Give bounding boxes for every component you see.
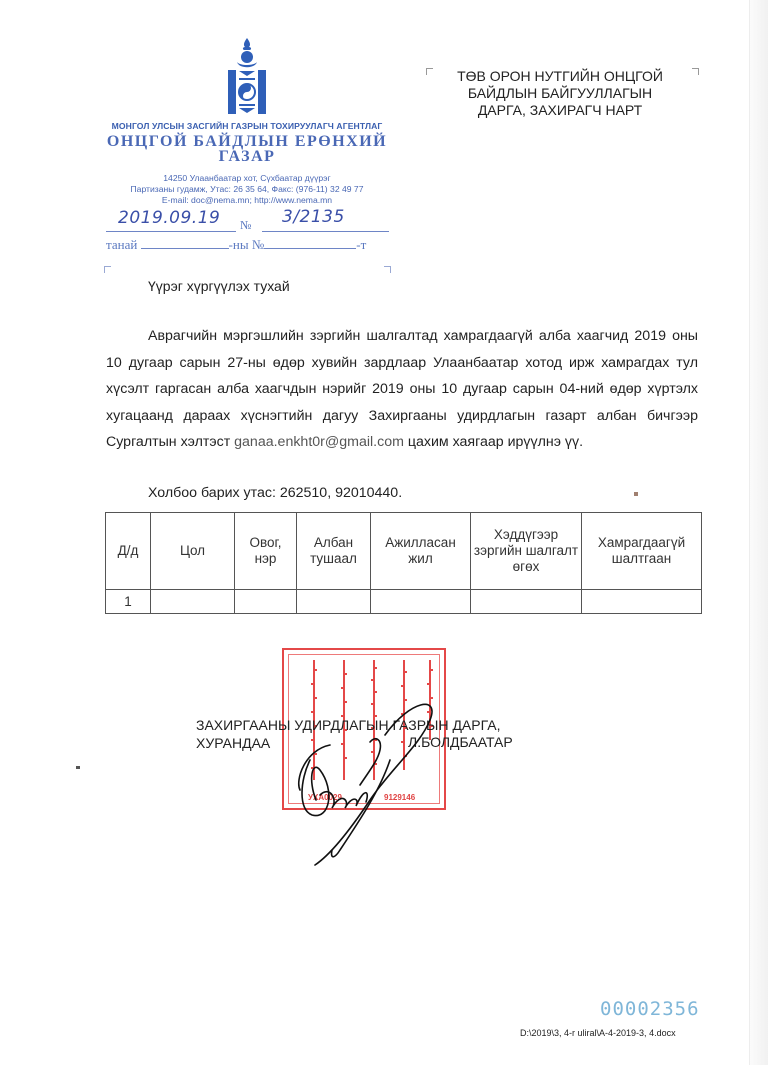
corner-mark xyxy=(384,266,391,273)
page-edge xyxy=(749,0,768,1065)
col-header: Хэддүгээр зэргийн шалгалт өгөх xyxy=(471,513,582,590)
letter-subject: Үүрэг хүргүүлэх тухай xyxy=(148,278,290,294)
corner-mark xyxy=(692,68,699,75)
paragraph-text: Аврагчийн мэргэшлийн зэргийн шалгалтад х… xyxy=(106,328,698,450)
col-header: Ажилласан жил xyxy=(371,513,471,590)
ref-number-blank xyxy=(264,248,356,249)
paragraph-text-end: цахим хаягаар ирүүлнэ үү. xyxy=(408,434,583,450)
table-cell xyxy=(151,590,235,614)
date-underline xyxy=(106,231,236,232)
request-table: Д/д Цол Овог, нэр Албан тушаал Ажилласан… xyxy=(105,512,702,614)
registration-number: 00002356 xyxy=(600,998,700,1020)
body-paragraph: Аврагчийн мэргэшлийн зэргийн шалгалтад х… xyxy=(106,323,698,456)
scan-speck xyxy=(634,492,638,496)
table-cell xyxy=(371,590,471,614)
contact-phones: Холбоо барих утас: 262510, 92010440. xyxy=(148,485,402,501)
org-address: 14250 Улаанбаатар хот, Сүхбаатар дүүрэг … xyxy=(106,173,388,206)
table-cell xyxy=(471,590,582,614)
table-cell: 1 xyxy=(106,590,151,614)
corner-mark xyxy=(426,68,433,75)
corner-mark xyxy=(104,266,111,273)
organization-name: ОНЦГОЙ БАЙДЛЫН ЕРӨНХИЙ ГАЗАР xyxy=(106,134,388,164)
address-line-2: Партизаны гудамж, Утас: 26 35 64, Факс: … xyxy=(106,184,388,195)
addressee-line-3: ДАРГА, ЗАХИРАГЧ НАРТ xyxy=(445,102,675,119)
table-cell xyxy=(297,590,371,614)
addressee: ТӨВ ОРОН НУТГИЙН ОНЦГОЙ БАЙДЛЫН БАЙГУУЛЛ… xyxy=(445,68,675,119)
col-header: Цол xyxy=(151,513,235,590)
table-header-row: Д/д Цол Овог, нэр Албан тушаал Ажилласан… xyxy=(106,513,702,590)
table-cell xyxy=(235,590,297,614)
table-cell xyxy=(582,590,702,614)
address-line-3: E-mail: doc@nema.mn; http://www.nema.mn xyxy=(106,195,388,206)
ref-suffix: -т xyxy=(356,237,366,252)
org-line-1: ОНЦГОЙ БАЙДЛЫН ЕРӨНХИЙ xyxy=(106,134,388,149)
addressee-line-2: БАЙДЛЫН БАЙГУУЛЛАГЫН xyxy=(445,85,675,102)
letter-date: 2019.09.19 xyxy=(118,208,220,228)
address-line-1: 14250 Улаанбаатар хот, Сүхбаатар дүүрэг xyxy=(106,173,388,184)
col-header: Албан тушаал xyxy=(297,513,371,590)
number-underline xyxy=(262,231,389,232)
addressee-line-1: ТӨВ ОРОН НУТГИЙН ОНЦГОЙ xyxy=(445,68,675,85)
reference-line: танай -ны №-т xyxy=(106,237,366,253)
letter-number: 3/2135 xyxy=(282,207,345,227)
col-header: Хамрагдаагүй шалтгаан xyxy=(582,513,702,590)
ref-date-blank xyxy=(141,248,229,249)
file-path: D:\2019\3, 4-r uliral\A-4-2019-3, 4.docx xyxy=(520,1028,676,1038)
email-address[interactable]: ganaa.enkht0r@gmail.com xyxy=(234,434,404,450)
table-row: 1 xyxy=(106,590,702,614)
handwritten-signature xyxy=(290,690,450,880)
col-header: Овог, нэр xyxy=(235,513,297,590)
agency-name: МОНГОЛ УЛСЫН ЗАСГИЙН ГАЗРЫН ТОХИРУУЛАГЧ … xyxy=(106,121,388,131)
col-header: Д/д xyxy=(106,513,151,590)
scan-speck xyxy=(76,766,80,769)
ref-mid: -ны № xyxy=(229,237,265,252)
number-label: № xyxy=(240,218,251,233)
org-line-2: ГАЗАР xyxy=(106,149,388,164)
soyombo-emblem-icon xyxy=(226,36,268,116)
ref-prefix: танай xyxy=(106,237,137,252)
